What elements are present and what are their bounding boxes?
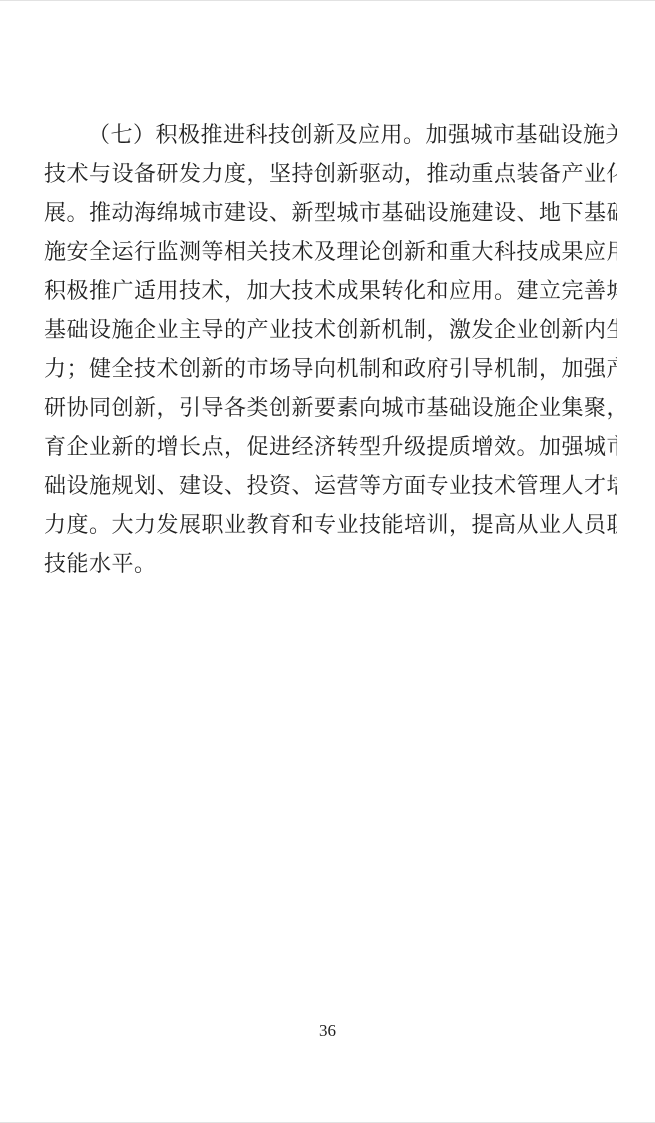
paragraph-line: 技术与设备研发力度，坚持创新驱动，推动重点装备产业化发 [44, 154, 617, 193]
page-number: 36 [0, 1021, 655, 1041]
paragraph-line: 技能水平。 [44, 544, 617, 583]
paragraph-line: 基础设施企业主导的产业技术创新机制，激发企业创新内生动 [44, 310, 617, 349]
paragraph-line: （七）积极推进科技创新及应用。加强城市基础设施关键 [44, 115, 617, 154]
paragraph-line: 育企业新的增长点，促进经济转型升级提质增效。加强城市基 [44, 427, 617, 466]
paragraph-line: 力度。大力发展职业教育和专业技能培训，提高从业人员职业 [44, 505, 617, 544]
paragraph-line: 础设施规划、建设、投资、运营等方面专业技术管理人才培养 [44, 466, 617, 505]
paragraph-line: 施安全运行监测等相关技术及理论创新和重大科技成果应用， [44, 232, 617, 271]
document-page: { "document": { "paragraph": { "lines": … [0, 0, 655, 1123]
paragraph-line: 研协同创新，引导各类创新要素向城市基础设施企业集聚，培 [44, 388, 617, 427]
paragraph-line: 展。推动海绵城市建设、新型城市基础设施建设、地下基础设 [44, 193, 617, 232]
body-paragraph: （七）积极推进科技创新及应用。加强城市基础设施关键 技术与设备研发力度，坚持创新… [44, 115, 617, 583]
page-top-edge [0, 0, 655, 1]
paragraph-line: 力；健全技术创新的市场导向机制和政府引导机制，加强产学 [44, 349, 617, 388]
paragraph-line: 积极推广适用技术，加大技术成果转化和应用。建立完善城市 [44, 271, 617, 310]
